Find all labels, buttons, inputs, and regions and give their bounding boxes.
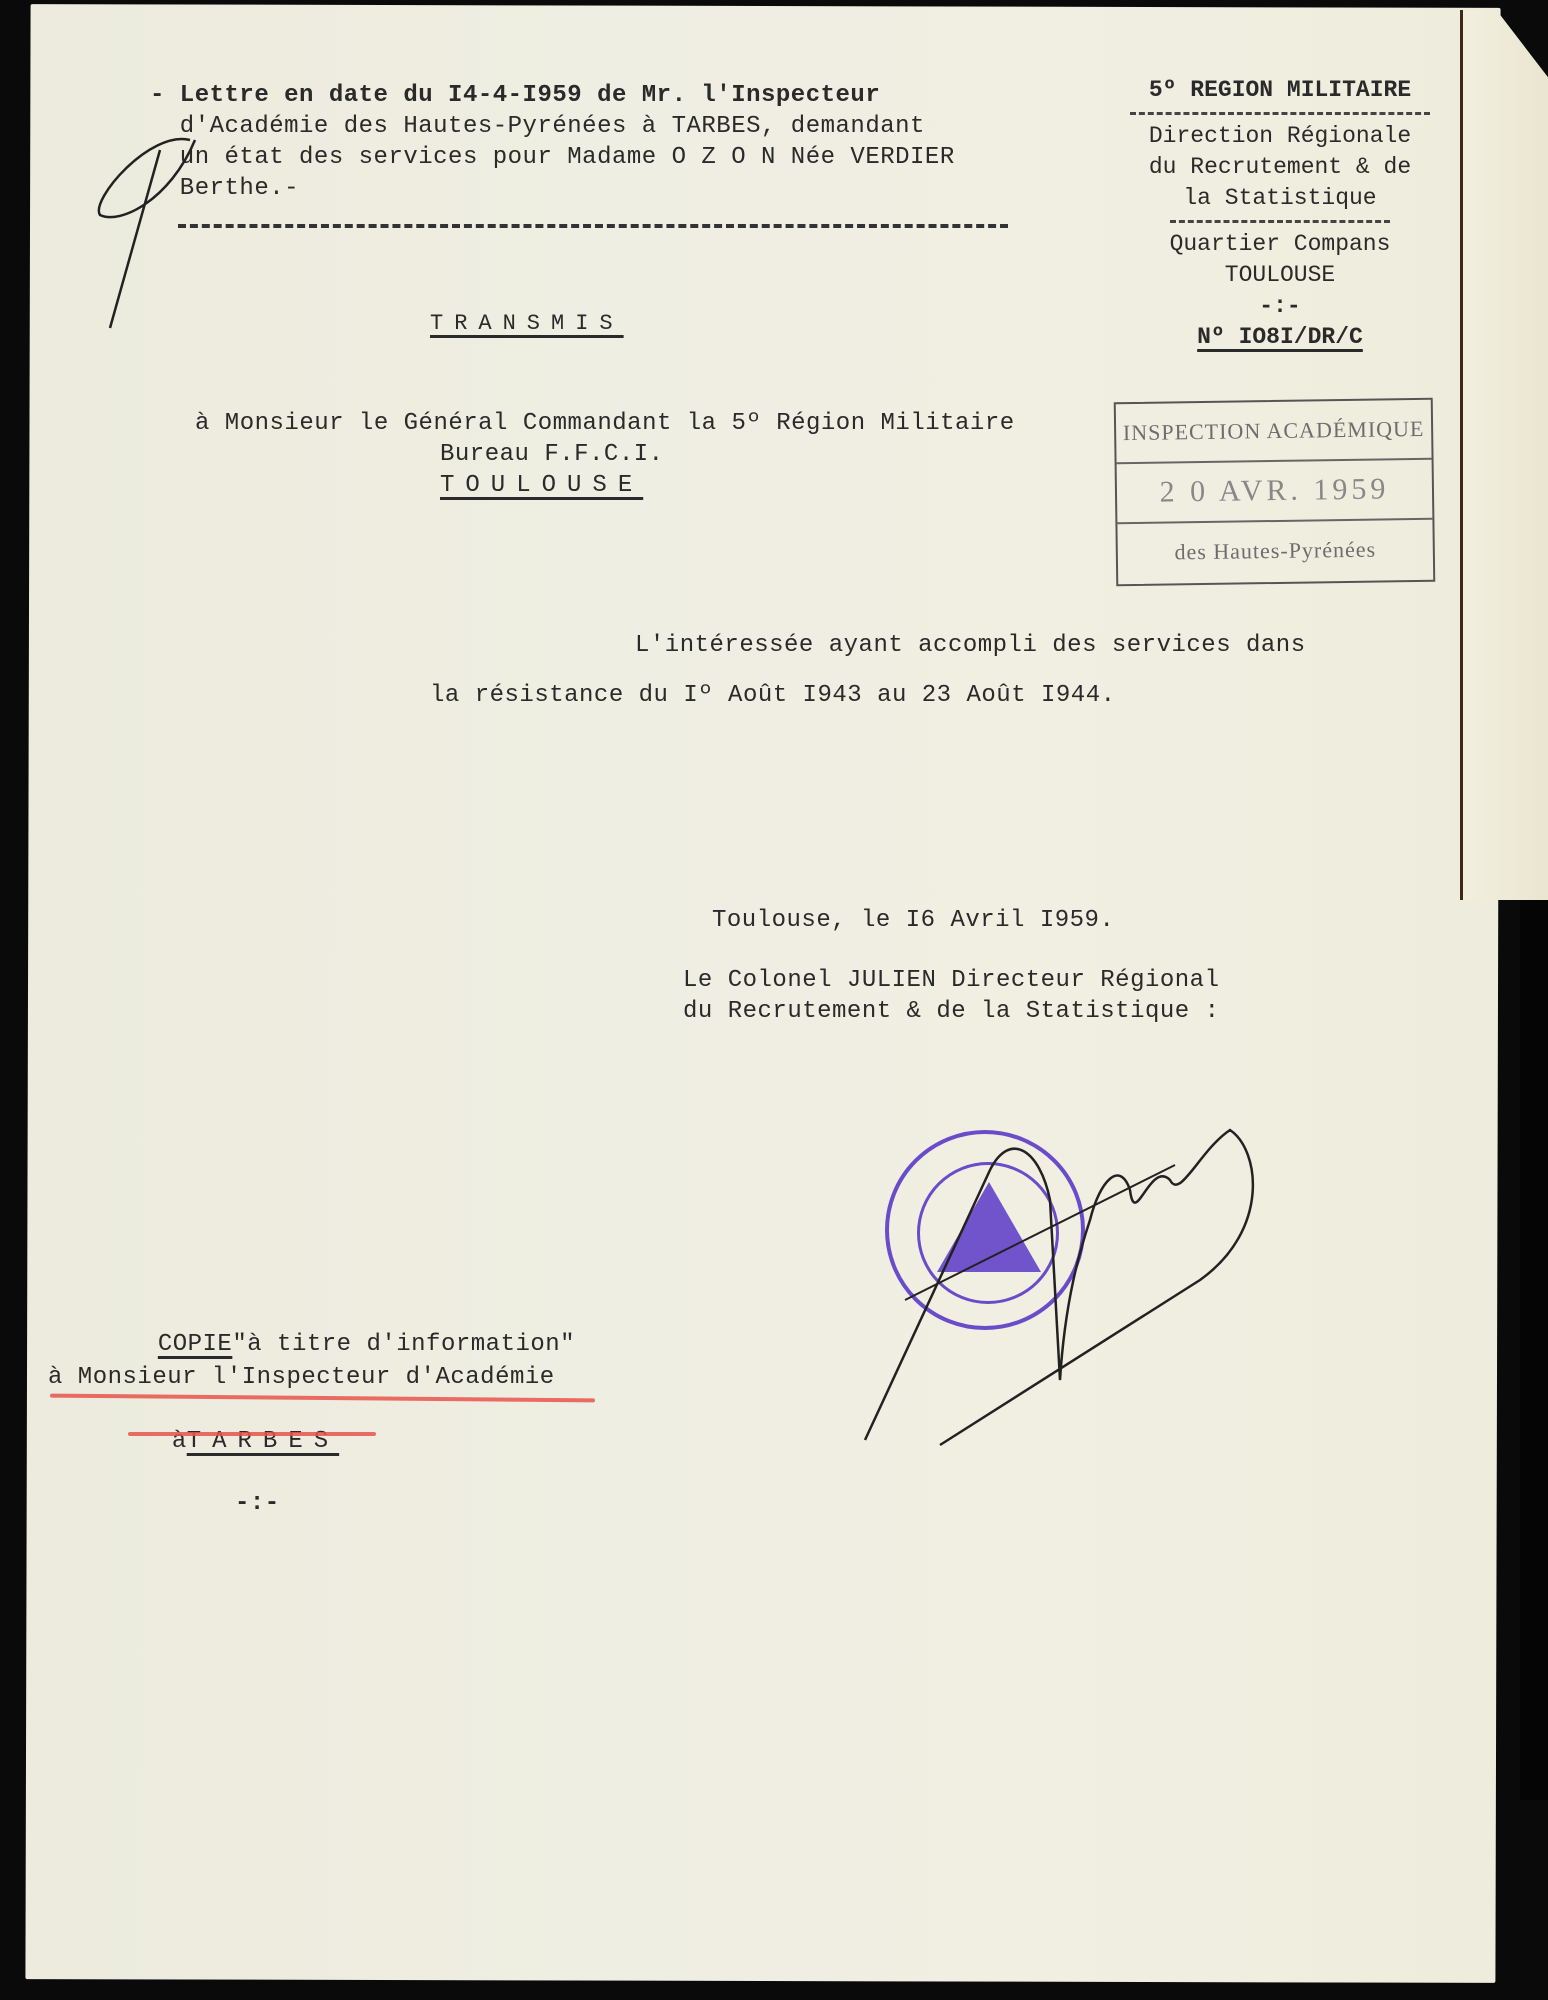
copy-label: COPIE — [158, 1331, 233, 1358]
margin-initial-icon — [99, 139, 195, 328]
signature-icon — [865, 1130, 1253, 1445]
handwritten-marks — [0, 0, 1548, 2000]
copy-note: "à titre d'information" — [232, 1331, 575, 1358]
copy-end-mark: -:- — [235, 1488, 280, 1519]
copy-line: COPIE"à titre d'information" — [128, 1298, 575, 1360]
copy-recipient-line-1: à Monsieur l'Inspecteur d'Académie — [48, 1362, 555, 1393]
copy-recipient-line-2: àTARBES — [142, 1395, 339, 1457]
red-pencil-underline — [128, 1432, 376, 1436]
